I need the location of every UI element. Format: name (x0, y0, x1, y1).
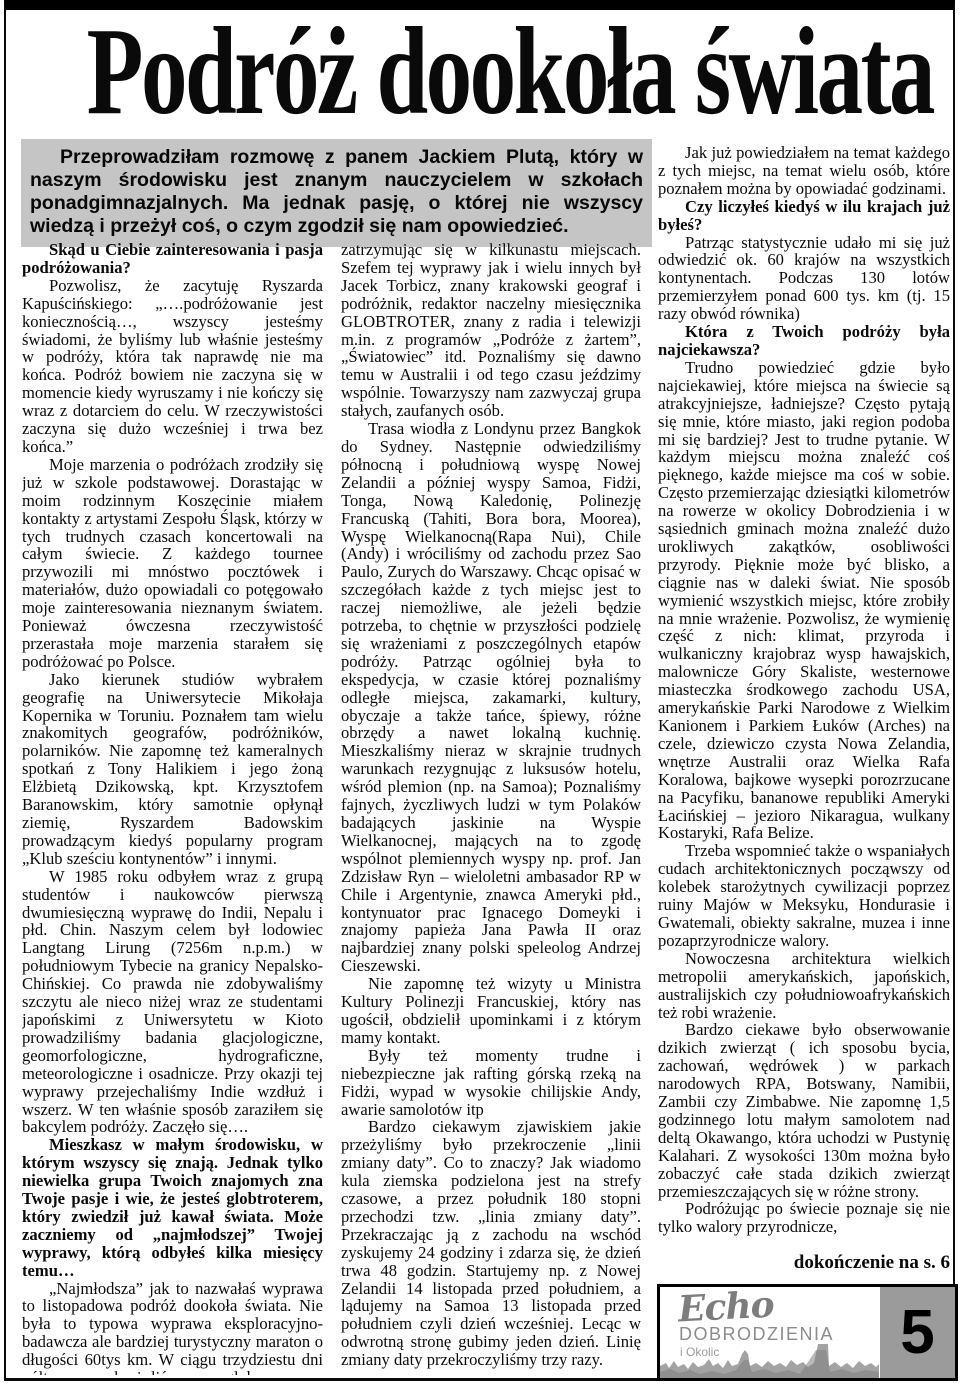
article-paragraph: Jak już powiedziałem na temat każdego z … (658, 144, 950, 198)
masthead: Podróż dookoła świata (0, 14, 960, 126)
column-center: zatrzymując się w kilkunastu miejscach. … (341, 241, 641, 1375)
logo-script-text: Echo (677, 1287, 774, 1328)
article-paragraph: „Najmłodsza” jak to nazwałaś wyprawa to … (22, 1280, 323, 1375)
column-right: Jak już powiedziałem na temat każdego z … (658, 144, 950, 1248)
article-paragraph: Były też momenty trudne i niebezpieczne … (341, 1047, 641, 1119)
article-paragraph: Patrząc statystycznie udało mi się już o… (658, 234, 950, 324)
article-paragraph: Trudno powiedzieć gdzie było najciekawie… (658, 359, 950, 842)
interview-question: Mieszkasz w małym środowisku, w którym w… (22, 1136, 323, 1279)
article-paragraph: Trasa wiodła z Londynu przez Bangkok do … (341, 420, 641, 975)
article-paragraph: W 1985 roku odbyłem wraz z grupą student… (22, 868, 323, 1137)
continuation-note: dokończenie na s. 6 (658, 1252, 950, 1274)
article-paragraph: Bardzo ciekawym zjawiskiem jakie przeżyl… (341, 1118, 641, 1369)
intro-box: Przeprowadziłam rozmowę z panem Jackiem … (21, 139, 652, 247)
article-paragraph: Bardzo ciekawe było obserwowanie dzikich… (658, 1021, 950, 1200)
page-number-box: 5 (880, 1287, 955, 1378)
article-paragraph: Moje marzenia o podróżach zrodziły się j… (22, 456, 323, 671)
article-paragraph: Podróżując po świecie poznaje się nie ty… (658, 1200, 950, 1236)
article-paragraph: Pozwolisz, że zacytuję Ryszarda Kapuściń… (22, 277, 323, 456)
article-paragraph: zatrzymując się w kilkunastu miejscach. … (341, 241, 641, 420)
article-paragraph: Nowoczesna architektura wielkich metropo… (658, 950, 950, 1022)
interview-question: Która z Twoich podróży była najciekawsza… (658, 323, 950, 359)
interview-question: Czy liczyłeś kiedyś w ilu krajach już by… (658, 198, 950, 234)
page-number: 5 (900, 1302, 934, 1364)
article-paragraph: Trzeba wspomnieć także o wspaniałych cud… (658, 842, 950, 949)
article-paragraph: Jako kierunek studiów wybrałem geografię… (22, 671, 323, 868)
intro-text: Przeprowadziłam rozmowę z panem Jackiem … (30, 146, 643, 238)
footer-logo-box: Echo DOBRODZIENIA i Okolic 5 (657, 1284, 958, 1381)
page-title: Podróż dookoła świata (87, 9, 933, 134)
column-left: Skąd u Ciebie zainteresowania i pasja po… (22, 241, 323, 1375)
article-paragraph: Nie zapomnę też wizyty u Ministra Kultur… (341, 975, 641, 1047)
skyline-image (660, 1336, 879, 1378)
interview-question: Skąd u Ciebie zainteresowania i pasja po… (22, 241, 323, 277)
